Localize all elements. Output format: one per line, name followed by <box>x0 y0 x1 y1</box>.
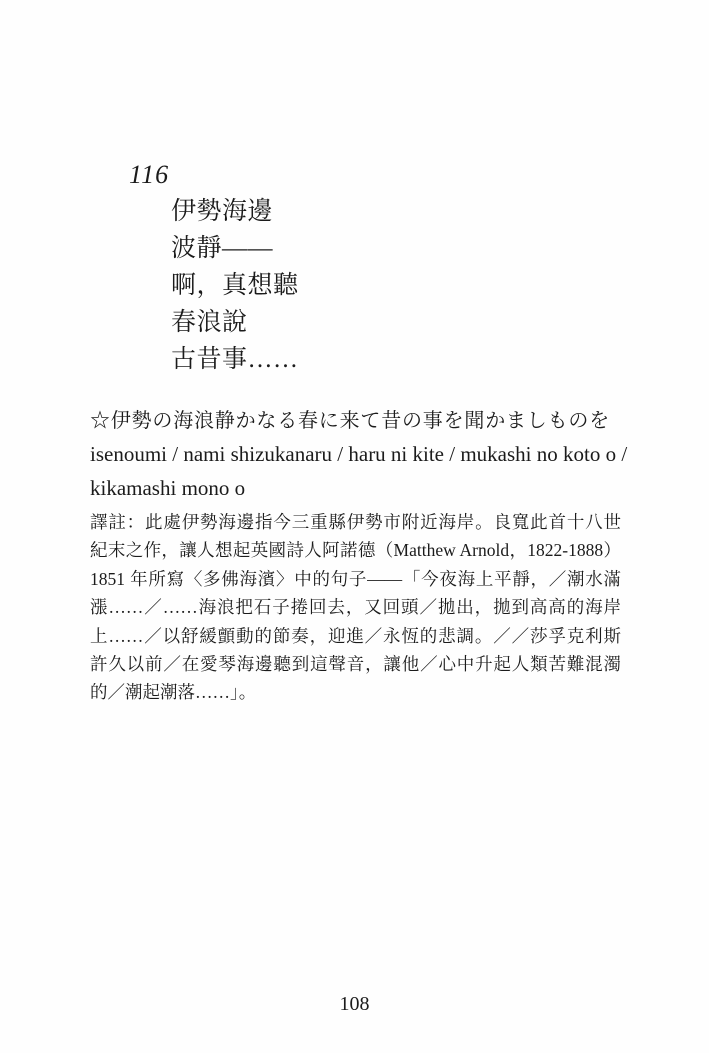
note-line-1: 譯註：此處伊勢海邊指今三重縣伊勢市附近海岸。良寬此首十八世 <box>90 508 621 536</box>
poem-text: 伊勢海邊 波靜—— 啊，真想聽 春浪說 古昔事…… <box>171 193 299 378</box>
note-line-2: 紀末之作，讓人想起英國詩人阿諾德（Matthew Arnold，1822-188… <box>90 536 621 564</box>
romanization-block: isenoumi / nami shizukanaru / haru ni ki… <box>90 437 630 505</box>
note-line-3: 1851 年所寫〈多佛海濱〉中的句子——「今夜海上平靜，／潮水滿 <box>90 565 621 593</box>
note-line-5: 上……／以舒緩顫動的節奏，迎進／永恆的悲調。／／莎孚克利斯 <box>90 622 621 650</box>
poem-line-2: 波靜—— <box>171 230 299 267</box>
romaji-line-1: isenoumi / nami shizukanaru / haru ni ki… <box>90 437 630 471</box>
poem-number: 116 <box>129 160 169 190</box>
translator-note: 譯註：此處伊勢海邊指今三重縣伊勢市附近海岸。良寬此首十八世 紀末之作，讓人想起英… <box>90 508 621 707</box>
note-line-7: 的／潮起潮落……」。 <box>90 678 621 706</box>
poem-line-1: 伊勢海邊 <box>171 193 299 230</box>
page-number: 108 <box>0 993 709 1016</box>
note-line-4: 漲……／……海浪把石子捲回去，又回頭／拋出，拋到高高的海岸 <box>90 593 621 621</box>
poem-line-5: 古昔事…… <box>171 341 299 378</box>
romaji-line-2: kikamashi mono o <box>90 471 630 505</box>
poem-line-4: 春浪說 <box>171 304 299 341</box>
poem-line-3: 啊，真想聽 <box>171 267 299 304</box>
japanese-original-line: ☆伊勢の海浪静かなる春に来て昔の事を聞かましものを <box>90 404 630 433</box>
book-page: 116 伊勢海邊 波靜—— 啊，真想聽 春浪說 古昔事…… ☆伊勢の海浪静かなる… <box>0 0 709 1053</box>
note-line-6: 許久以前／在愛琴海邊聽到這聲音，讓他／心中升起人類苦難混濁 <box>90 650 621 678</box>
